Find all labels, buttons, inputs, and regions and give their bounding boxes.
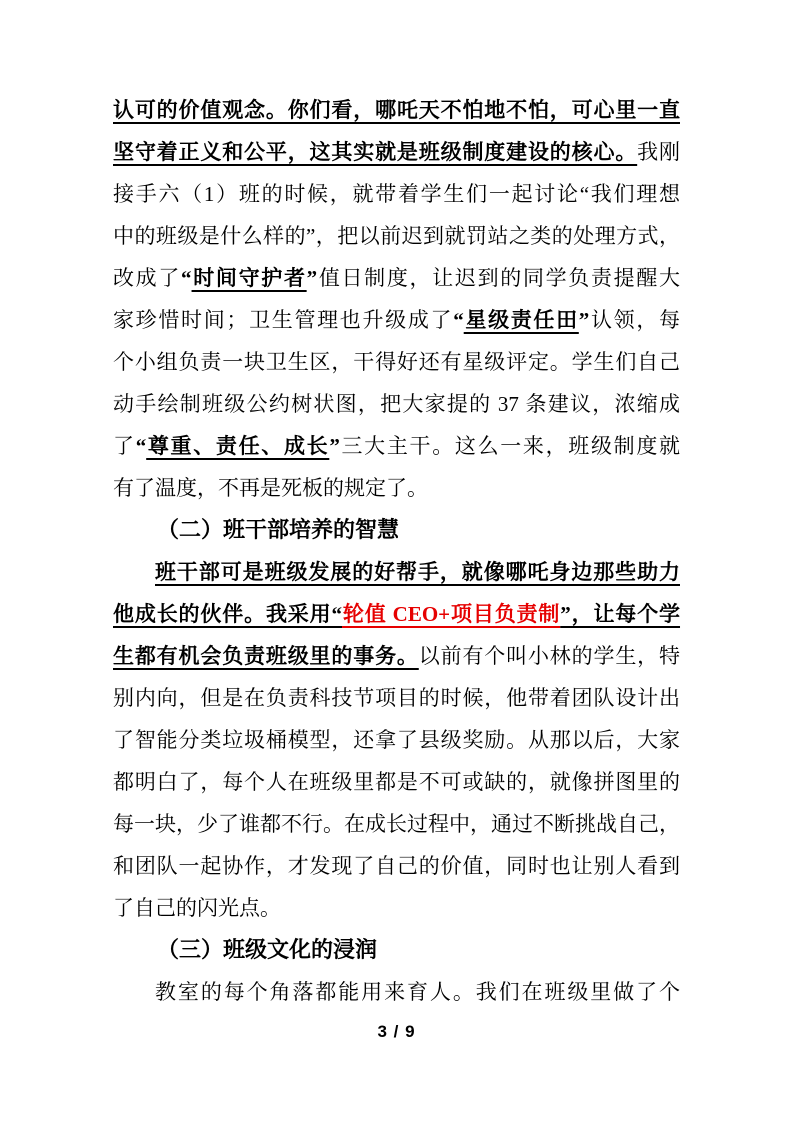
text-run: 教室的每个角落都能用来育人。我们在班级里做了个 (155, 980, 680, 1004)
text-run: ” (329, 434, 340, 458)
text-line: 每一块，少了谁都不行。在成长过程中，通过不断挑战自己， (113, 803, 680, 845)
text-run: 每一块，少了谁都不行。在成长过程中，通过不断挑战自己， (113, 812, 680, 836)
text-run: “ (136, 434, 147, 458)
text-run: 值日制度，让迟到的同学负责提醒大 (317, 266, 680, 290)
text-line: 了智能分类垃圾桶模型，还拿了县级奖励。从那以后，大家 (113, 719, 680, 761)
text-run: 认领，每 (589, 308, 680, 332)
text-line: 家珍惜时间；卫生管理也升级成了“星级责任田”认领，每 (113, 299, 680, 341)
text-run: 了 (113, 434, 136, 458)
text-run: ” (307, 266, 318, 290)
text-run: 家珍惜时间；卫生管理也升级成了 (113, 308, 453, 332)
text-run: 时间守护者 (192, 266, 307, 290)
text-line: 教室的每个角落都能用来育人。我们在班级里做了个 (113, 971, 680, 1013)
text-run: 有了温度，不再是死板的规定了。 (113, 476, 428, 500)
document-body: 认可的价值观念。你们看，哪吒天不怕地不怕，可心里一直坚守着正义和公平，这其实就是… (113, 89, 680, 1013)
text-run: 以前有个叫小林的学生，特 (419, 644, 680, 668)
text-run: 别内向，但是在负责科技节项目的时候，他带着团队设计出 (113, 686, 680, 710)
text-run: 和团队一起协作，才发现了自己的价值，同时也让别人看到 (113, 854, 680, 878)
section-heading: （三）班级文化的浸润 (113, 929, 680, 971)
text-line: 有了温度，不再是死板的规定了。 (113, 467, 680, 509)
page-number: 3 / 9 (0, 1022, 793, 1042)
text-line: 了自己的闪光点。 (113, 887, 680, 929)
text-run: 他成长的伙伴。我采用“ (113, 602, 342, 626)
section-heading: （二）班干部培养的智慧 (113, 509, 680, 551)
text-run: 班干部可是班级发展的好帮手，就像哪吒身边那些助力 (155, 560, 680, 584)
text-line: 改成了“时间守护者”值日制度，让迟到的同学负责提醒大 (113, 257, 680, 299)
highlighted-text-run: 轮值 CEO+项目负责制 (342, 602, 560, 626)
text-line: 认可的价值观念。你们看，哪吒天不怕地不怕，可心里一直 (113, 89, 680, 131)
text-run: 认可的价值观念。你们看，哪吒天不怕地不怕，可心里一直 (113, 98, 680, 122)
text-run: 动手绘制班级公约树状图，把大家提的 37 条建议，浓缩成 (113, 392, 680, 416)
text-line: 和团队一起协作，才发现了自己的价值，同时也让别人看到 (113, 845, 680, 887)
text-line: 班干部可是班级发展的好帮手，就像哪吒身边那些助力 (113, 551, 680, 593)
text-run: 星级责任田 (464, 308, 579, 332)
text-run: ” (579, 308, 590, 332)
text-run: 了智能分类垃圾桶模型，还拿了县级奖励。从那以后，大家 (113, 728, 680, 752)
text-line: 中的班级是什么样的”，把以前迟到就罚站之类的处理方式， (113, 215, 680, 257)
text-line: 动手绘制班级公约树状图，把大家提的 37 条建议，浓缩成 (113, 383, 680, 425)
document-lines: 认可的价值观念。你们看，哪吒天不怕地不怕，可心里一直坚守着正义和公平，这其实就是… (113, 89, 680, 1013)
text-line: 都明白了，每个人在班级里都是不可或缺的，就像拼图里的 (113, 761, 680, 803)
document-page: 认可的价值观念。你们看，哪吒天不怕地不怕，可心里一直坚守着正义和公平，这其实就是… (0, 0, 793, 1122)
text-run: 都明白了，每个人在班级里都是不可或缺的，就像拼图里的 (113, 770, 680, 794)
text-run: （二）班干部培养的智慧 (157, 517, 399, 542)
text-line: 坚守着正义和公平，这其实就是班级制度建设的核心。我刚 (113, 131, 680, 173)
text-line: 别内向，但是在负责科技节项目的时候，他带着团队设计出 (113, 677, 680, 719)
text-run: 接手六（1）班的时候，就带着学生们一起讨论“我们理想 (113, 182, 680, 206)
text-line: 个小组负责一块卫生区，干得好还有星级评定。学生们自己 (113, 341, 680, 383)
text-run: 个小组负责一块卫生区，干得好还有星级评定。学生们自己 (113, 350, 680, 374)
text-run: 生都有机会负责班级里的事务。 (113, 644, 419, 668)
text-run: “ (453, 308, 464, 332)
text-run: 中的班级是什么样的”，把以前迟到就罚站之类的处理方式， (113, 224, 680, 248)
text-run: 三大主干。这么一来，班级制度就 (340, 434, 680, 458)
text-run: 了自己的闪光点。 (113, 896, 281, 920)
text-line: 了“尊重、责任、成长”三大主干。这么一来，班级制度就 (113, 425, 680, 467)
text-run: “ (181, 266, 192, 290)
text-run: 坚守着正义和公平，这其实就是班级制度建设的核心。 (113, 140, 637, 164)
text-run: （三）班级文化的浸润 (157, 937, 377, 962)
text-run: 我刚 (637, 140, 680, 164)
text-line: 他成长的伙伴。我采用“轮值 CEO+项目负责制”，让每个学 (113, 593, 680, 635)
text-line: 生都有机会负责班级里的事务。以前有个叫小林的学生，特 (113, 635, 680, 677)
text-run: 尊重、责任、成长 (146, 434, 329, 458)
text-run: ”，让每个学 (560, 602, 680, 626)
text-run: 改成了 (113, 266, 181, 290)
text-line: 接手六（1）班的时候，就带着学生们一起讨论“我们理想 (113, 173, 680, 215)
